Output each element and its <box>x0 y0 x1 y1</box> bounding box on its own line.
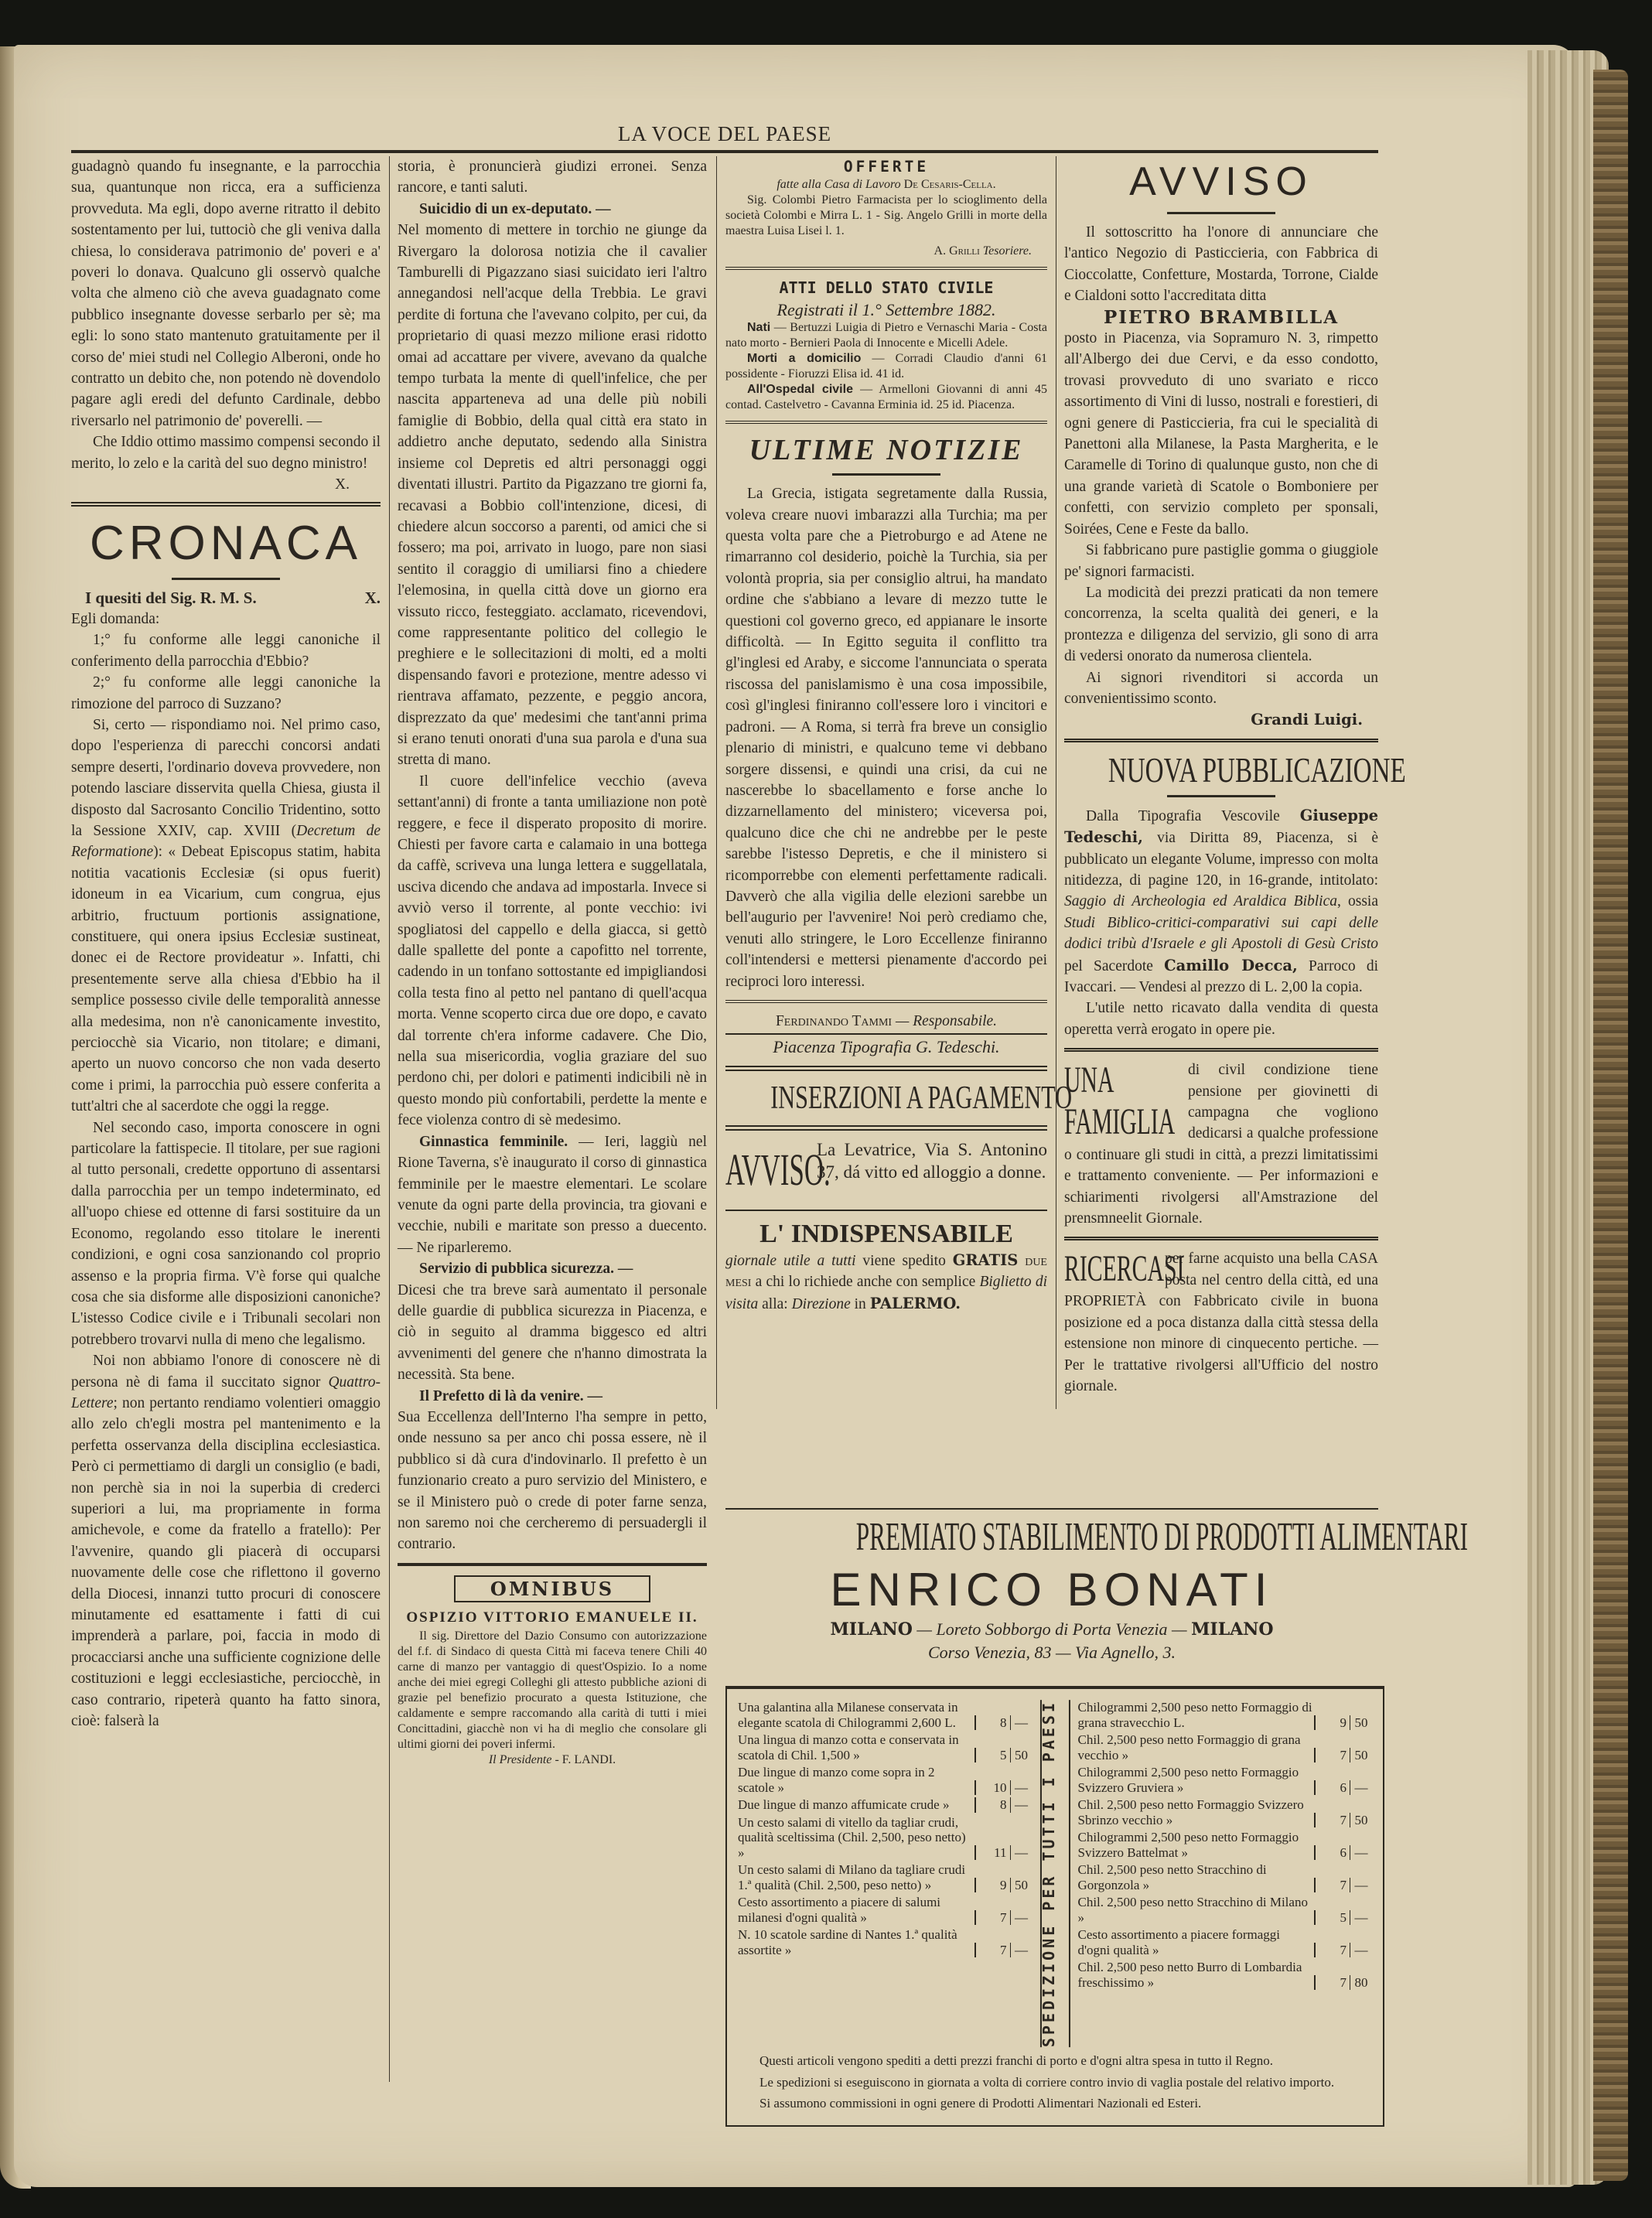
column-2: storia, è pronuncierà giudizi erronei. S… <box>398 156 707 1768</box>
column-4: AVVISO Il sottoscritto ha l'onore di ann… <box>1064 156 1378 1397</box>
price-row: Cesto assortimento a piacere di salumi m… <box>738 1895 1032 1925</box>
paragraph: Il sottoscritto ha l'onore di annunciare… <box>1064 222 1378 307</box>
section-rule <box>1064 1237 1378 1240</box>
rule <box>725 1210 1047 1211</box>
responsabile-line: Ferdinando Tammi — Responsabile. <box>725 1011 1047 1032</box>
price-row: Chilogrammi 2,500 peso netto Formaggio S… <box>1077 1830 1372 1860</box>
ultime-notizie-title: ULTIME NOTIZIE <box>725 432 1047 469</box>
price-row: Chilogrammi 2,500 peso netto Formaggio S… <box>1077 1765 1372 1795</box>
paragraph: Si fabbricano pure pastiglie gomma o giu… <box>1064 540 1378 582</box>
article-signature: X. <box>71 474 381 495</box>
price-row: Chil. 2,500 peso netto Burro di Lombardi… <box>1077 1960 1372 1990</box>
bonati-ad: PREMIATO STABILIMENTO DI PRODOTTI ALIMEN… <box>725 1508 1378 1664</box>
bonati-title-1: PREMIATO STABILIMENTO DI PRODOTTI ALIMEN… <box>856 1513 1248 1562</box>
article-heading-sig: X. <box>365 588 381 609</box>
offerte-body: Sig. Colombi Pietro Farmacista per lo sc… <box>725 193 1047 239</box>
printer-line: Piacenza Tipografia G. Tedeschi. <box>725 1036 1047 1057</box>
book-spine <box>1593 70 1628 2181</box>
article-title-prefetto: Il Prefetto di là da venire. — <box>398 1386 707 1407</box>
column-divider <box>1056 156 1056 1409</box>
article-ginnastica: Ginnastica femminile. — Ieri, laggiù nel… <box>398 1131 707 1258</box>
price-row: Chil. 2,500 peso netto Stracchino di Mil… <box>1077 1895 1372 1925</box>
masthead: LA VOCE DEL PAESE <box>71 122 1378 146</box>
firm-name: PIETRO BRAMBILLA <box>1064 307 1378 328</box>
section-title-cronaca: CRONACA <box>71 514 381 573</box>
famiglia-ad: UNA FAMIGLIA di civil condizione tiene p… <box>1064 1060 1378 1229</box>
price-row: Un cesto salami di Milano da tagliare cr… <box>738 1862 1032 1892</box>
question-2: 2;° fu conforme alle leggi canoniche la … <box>71 672 381 715</box>
famiglia-ad-heading: UNA FAMIGLIA <box>1064 1060 1160 1143</box>
inserzioni-title: INSERZIONI A PAGAMENTO <box>770 1079 1002 1118</box>
title-rule <box>1167 795 1275 797</box>
paragraph: posto in Piacenza, via Sopramuro N. 3, r… <box>1064 328 1378 540</box>
paragraph: Nel secondo caso, importa conoscere in o… <box>71 1118 381 1350</box>
levatrice-ad-heading: AVVISO. <box>725 1138 777 1202</box>
title-rule <box>1167 212 1275 214</box>
price-column-left: Una galantina alla Milanese conservata i… <box>738 1700 1032 2047</box>
article-closing: Che Iddio ottimo massimo compensi second… <box>71 432 381 474</box>
article-title-suicidio: Suicidio di un ex-deputato. — <box>398 199 707 220</box>
atti-list: Nati — Bertuzzi Luigia di Pietro e Verna… <box>725 320 1047 413</box>
price-list-notes: Questi articoli vengono spediti a detti … <box>738 2053 1372 2111</box>
rule <box>725 1033 1047 1035</box>
avviso-signature: Grandi Luigi. <box>1064 709 1378 730</box>
price-table: Una galantina alla Milanese conservata i… <box>738 1700 1372 2047</box>
section-rule <box>398 1563 707 1566</box>
rule <box>725 1508 1378 1510</box>
price-row: Cesto assortimento a piacere formaggi d'… <box>1077 1927 1372 1957</box>
ospizio-title: OSPIZIO VITTORIO EMANUELE II. <box>398 1607 707 1628</box>
bonati-address-line-2: Corso Venezia, 83 — Via Agnello, 3. <box>725 1641 1378 1664</box>
avviso-title: AVVISO <box>1064 156 1378 207</box>
paragraph: La modicità dei prezzi praticati da non … <box>1064 582 1378 667</box>
paragraph: Egli domanda: <box>71 609 381 630</box>
section-rule <box>1064 739 1378 742</box>
paragraph: Dicesi che tra breve sarà aumentato il p… <box>398 1280 707 1386</box>
atti-row: Nati — Bertuzzi Luigia di Pietro e Verna… <box>725 320 1047 351</box>
title-rule <box>832 473 940 476</box>
paragraph: Nel momento di mettere in torchio ne giu… <box>398 220 707 771</box>
price-note: Si assumono commissioni in ogni genere d… <box>738 2096 1372 2111</box>
paragraph: Ai signori rivenditori si accorda un con… <box>1064 667 1378 710</box>
paragraph: Il cuore dell'infelice vecchio (aveva se… <box>398 771 707 1131</box>
omnibus-banner: OMNIBUS <box>454 1575 650 1602</box>
price-row: Una galantina alla Milanese conservata i… <box>738 1700 1032 1730</box>
levatrice-ad: AVVISO. La Levatrice, Via S. Antonino 37… <box>725 1138 1047 1202</box>
paragraph: Si, certo — rispondiamo noi. Nel primo c… <box>71 715 381 1118</box>
price-note: Questi articoli vengono spediti a detti … <box>738 2053 1372 2069</box>
article-continuation: guadagnò quando fu insegnante, e la parr… <box>71 156 381 432</box>
price-row: N. 10 scatole sardine di Nantes 1.ª qual… <box>738 1927 1032 1957</box>
article-title-sicurezza: Servizio di pubblica sicurezza. — <box>398 1258 707 1279</box>
indispensabile-title: L' INDISPENSABILE <box>725 1219 1047 1250</box>
price-row: Chil. 2,500 peso netto Formaggio di gran… <box>1077 1732 1372 1762</box>
offerte-signature: A. Grilli Tesoriere. <box>725 244 1047 259</box>
price-row: Chilogrammi 2,500 peso netto Formaggio d… <box>1077 1700 1372 1730</box>
paragraph: Sua Eccellenza dell'Interno l'ha sempre … <box>398 1407 707 1555</box>
article-heading: I quesiti del Sig. R. M. S. X. <box>71 588 381 609</box>
section-rule <box>725 267 1047 270</box>
atti-row: All'Ospedal civile — Armelloni Giovanni … <box>725 382 1047 413</box>
article-continuation: storia, è pronuncierà giudizi erronei. S… <box>398 156 707 199</box>
section-rule <box>725 1125 1047 1131</box>
bonati-address-line: MILANO — Loreto Sobborgo di Porta Venezi… <box>725 1618 1378 1641</box>
offerte-title: OFFERTE <box>725 156 1047 177</box>
column-3: OFFERTE fatte alla Casa di Lavoro De Ces… <box>725 156 1047 1315</box>
ospizio-body: Il sig. Direttore del Dazio Consumo con … <box>398 1629 707 1752</box>
bonati-title-2: ENRICO BONATI <box>725 1562 1378 1618</box>
price-row: Chil. 2,500 peso netto Stracchino di Gor… <box>1077 1862 1372 1892</box>
section-rule <box>725 1066 1047 1071</box>
offerte-subtitle: fatte alla Casa di Lavoro De Cesaris-Cel… <box>725 177 1047 193</box>
section-rule <box>725 421 1047 424</box>
bonati-price-list: Una galantina alla Milanese conservata i… <box>725 1686 1384 2127</box>
price-column-right: Chilogrammi 2,500 peso netto Formaggio d… <box>1077 1700 1372 2047</box>
ospizio-signature: Il Presidente - F. LANDI. <box>398 1752 707 1768</box>
price-row: Un cesto salami di vitello da tagliar cr… <box>738 1815 1032 1861</box>
ultime-notizie-body: La Grecia, istigata segretamente dalla R… <box>725 483 1047 992</box>
question-1: 1;° fu conforme alle leggi canoniche il … <box>71 630 381 672</box>
atti-title: ATTI DELLO STATO CIVILE <box>725 278 1047 299</box>
nuova-pubblicazione-title: NUOVA PUBBLICAZIONE <box>1108 750 1334 790</box>
article-title: I quesiti del Sig. R. M. S. <box>85 588 257 609</box>
title-rule <box>172 578 280 580</box>
ricercasi-ad: RICERCASI per farne acquisto una bella C… <box>1064 1248 1378 1397</box>
spedizione-vertical-label: SPEDIZIONE PER TUTTI I PAESI <box>1040 1700 1070 2047</box>
price-row: Due lingue di manzo affumicate crude »8— <box>738 1797 1032 1813</box>
indispensabile-body: giornale utile a tutti viene spedito GRA… <box>725 1250 1047 1315</box>
section-rule <box>725 1000 1047 1003</box>
atti-date: Registrati il 1.° Settembre 1882. <box>725 299 1047 320</box>
masthead-rule <box>71 150 1378 153</box>
paragraph: L'utile netto ricavato dalla vendita di … <box>1064 998 1378 1040</box>
column-1: guadagnò quando fu insegnante, e la parr… <box>71 156 381 1732</box>
price-note: Le spedizioni si eseguiscono in giornata… <box>738 2075 1372 2090</box>
ricercasi-ad-heading: RICERCASI <box>1064 1248 1141 1290</box>
price-row: Una lingua di manzo cotta e conservata i… <box>738 1732 1032 1762</box>
atti-row: Morti a domicilio — Corradi Claudio d'an… <box>725 351 1047 382</box>
column-divider <box>716 156 717 1409</box>
nuova-pubblicazione-body: Dalla Tipografia Vescovile Giuseppe Tede… <box>1064 805 1378 998</box>
section-rule <box>71 502 381 507</box>
price-row: Due lingue di manzo come sopra in 2 scat… <box>738 1765 1032 1795</box>
column-divider <box>389 156 390 2082</box>
price-row: Chil. 2,500 peso netto Formaggio Svizzer… <box>1077 1797 1372 1827</box>
paragraph: Noi non abbiamo l'onore di conoscere nè … <box>71 1350 381 1732</box>
section-rule <box>1064 1048 1378 1052</box>
